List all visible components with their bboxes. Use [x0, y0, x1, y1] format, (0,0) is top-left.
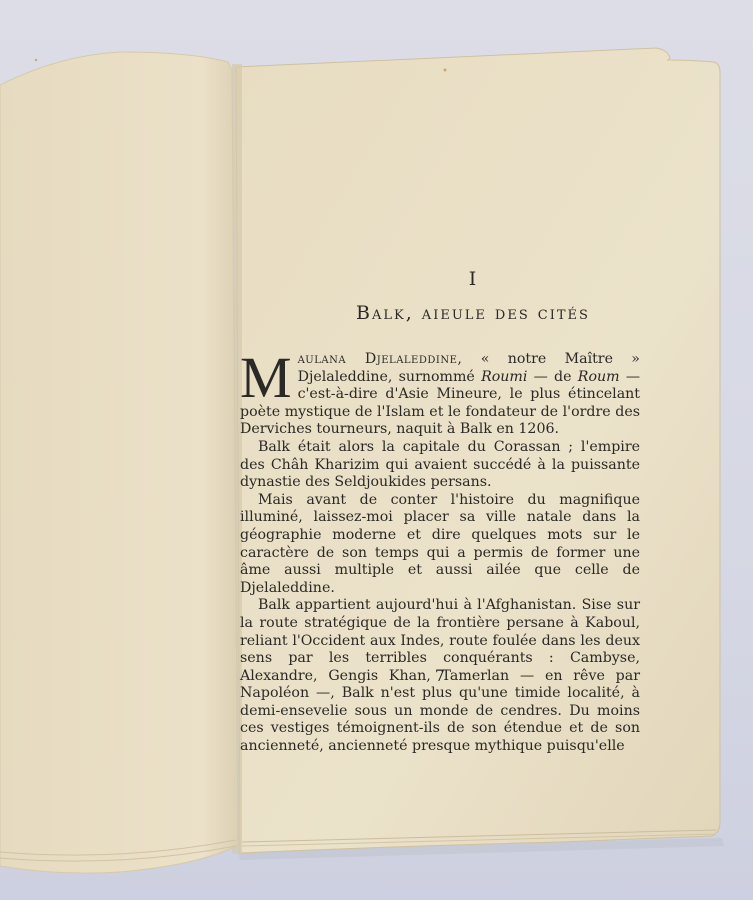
paragraph-2: Balk était alors la capitale du Corassan… — [240, 439, 640, 492]
chapter-title: Balk, aieule des cités — [240, 302, 706, 324]
opening-small-caps: aulana Djelaleddine, — [298, 351, 463, 367]
chapter-number: I — [240, 268, 706, 290]
paragraph-3: Mais avant de conter l'histoire du magni… — [240, 492, 640, 598]
left-page — [0, 52, 238, 873]
italic-roum: Roum — [578, 369, 620, 385]
paragraph-1: Maulana Djelaleddine, « notre Maître » D… — [240, 351, 640, 439]
page-number: 7 — [240, 666, 640, 685]
chapter-body: Maulana Djelaleddine, « notre Maître » D… — [240, 351, 640, 756]
photo-scene: I Balk, aieule des cités Maulana Djelale… — [0, 0, 753, 900]
italic-roumi: Roumi — [481, 369, 527, 385]
paragraph-text: — de — [527, 369, 577, 385]
drop-cap: M — [240, 355, 292, 401]
